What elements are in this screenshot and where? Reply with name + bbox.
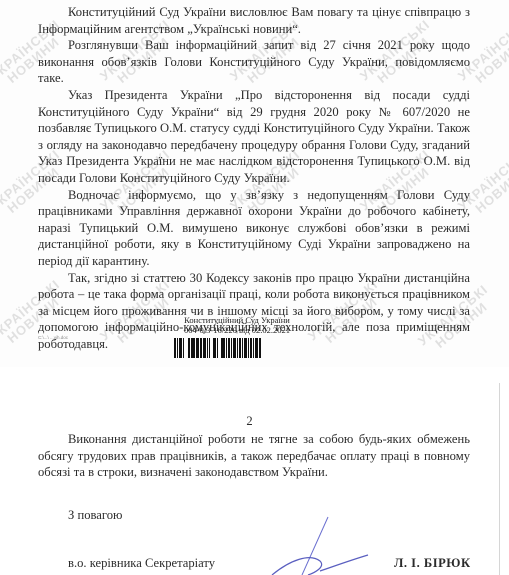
signatory-name: Л. І. БІРЮК <box>394 556 471 571</box>
document-page-2: 2 Виконання дистанційної роботи не тягне… <box>0 383 500 575</box>
paragraph-greeting: Конституційний Суд України висловлює Вам… <box>38 4 470 37</box>
barcode <box>174 338 286 358</box>
paragraph-decree: Указ Президента України „Про відсторонен… <box>38 87 470 187</box>
signature <box>270 515 380 575</box>
closing-regards: З повагою <box>68 508 122 523</box>
paragraph-remote-rights: Виконання дистанційної роботи не тягне з… <box>38 431 470 481</box>
stamp-registration-number: 004-0/3-16/220 від 02.02.2021 <box>172 326 302 336</box>
page1-body: Конституційний Суд України висловлює Вам… <box>38 4 470 352</box>
document-page-1: УКРАЇНСЬКІНОВИНИ УКРАЇНСЬКІНОВИНИ УКРАЇН… <box>0 0 509 367</box>
paragraph-remote-work: Водночас інформуємо, що у зв’язку з недо… <box>38 187 470 270</box>
registration-stamp: Конституційний Суд України 004-0/3-16/22… <box>172 316 302 335</box>
page-number: 2 <box>0 414 499 429</box>
page-separator <box>0 367 509 383</box>
file-path: C:\...\ ...vih.doc <box>38 335 68 340</box>
paragraph-request: Розглянувши Ваш інформаційний запит від … <box>38 37 470 87</box>
page2-body: Виконання дистанційної роботи не тягне з… <box>38 431 470 481</box>
signatory-position: в.о. керівника Секретаріату <box>68 556 215 571</box>
